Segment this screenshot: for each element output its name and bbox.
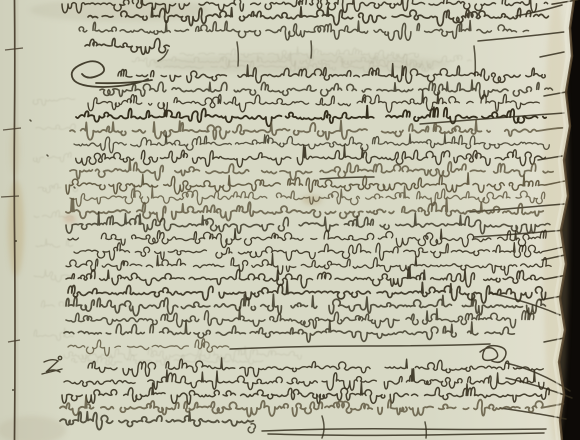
fold-dot [15, 240, 17, 242]
fold-line [14, 0, 15, 440]
fold-dot [12, 389, 14, 391]
manuscript-scan-svg [0, 0, 580, 440]
fold-shadow [16, 0, 19, 440]
stray-stroke [311, 41, 312, 58]
manuscript-scan [0, 0, 580, 440]
stray-stroke [74, 187, 75, 188]
stray-stroke [30, 120, 31, 121]
stray-stroke [47, 155, 48, 156]
